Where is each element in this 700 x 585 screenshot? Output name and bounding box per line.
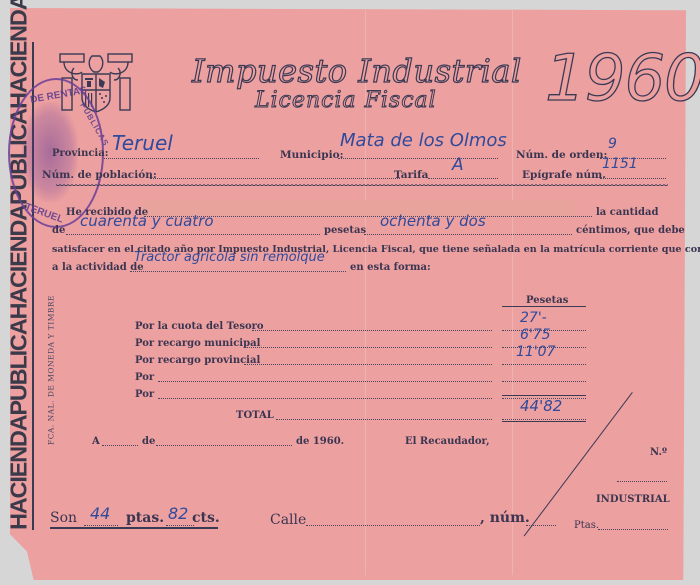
en-esta-forma-text: en esta forma: <box>350 262 431 273</box>
stub-ptas-field[interactable] <box>598 520 668 530</box>
calle-field[interactable] <box>306 516 480 526</box>
son-cts-value: 82 <box>168 504 188 523</box>
municipio-value: Mata de los Olmos <box>340 130 507 151</box>
tarifa-value: A <box>452 155 464 175</box>
de-label: de <box>52 225 65 236</box>
recaudador-label: El Recaudador, <box>405 436 490 447</box>
cuota-tesoro-label: Por la cuota del Tesoro <box>135 321 264 332</box>
total-underline <box>502 421 586 422</box>
leader-dots <box>252 321 492 331</box>
centimos-words-value: ochenta y dos <box>380 212 486 230</box>
other-label-2: Por <box>135 389 154 400</box>
poblacion-label: Núm. de población: <box>42 169 157 181</box>
form-year: 1960 <box>545 42 700 116</box>
stub-number-label: N.º <box>650 447 667 458</box>
son-underline <box>50 527 218 529</box>
pesetas-label: pesetas <box>324 225 366 236</box>
calle-label: Calle <box>270 512 306 528</box>
month-field[interactable] <box>156 436 292 446</box>
year-text: de 1960. <box>296 436 344 447</box>
epigrafe-label: Epígrafe núm. <box>522 169 606 181</box>
municipio-label: Municipio: <box>280 149 343 161</box>
other-concept-field-2[interactable] <box>158 389 492 399</box>
leader-dots <box>276 410 492 420</box>
total-rule <box>502 395 586 396</box>
printer-imprint-text: FCA. NAL. DE MONEDA Y TIMBRE <box>47 295 56 445</box>
centimos-text: céntimos, que debe <box>576 225 685 236</box>
epigrafe-value: 1151 <box>602 156 638 172</box>
de-label: de <box>142 436 155 447</box>
num-orden-value: 9 <box>608 136 617 152</box>
leader-dots <box>244 338 492 348</box>
pesetas-words-value: cuarenta y cuatro <box>80 212 214 230</box>
leader-dots <box>244 355 492 365</box>
calle-num-field[interactable] <box>526 516 556 526</box>
num-orden-label: Núm. de orden: <box>516 149 607 161</box>
form-title: Impuesto Industrial <box>192 52 522 90</box>
other-concept-field-1[interactable] <box>158 372 492 382</box>
la-cantidad-text: la cantidad <box>596 207 658 218</box>
ptas-label: ptas. <box>126 510 164 526</box>
printer-imprint: FCA. NAL. DE MONEDA Y TIMBRE <box>44 280 58 460</box>
total-value: 44'82 <box>520 397 562 415</box>
recargo-municipal-label: Por recargo municipal <box>135 338 260 349</box>
recargo-provincial-label: Por recargo provincial <box>135 355 260 366</box>
a-label: A <box>92 436 100 447</box>
stub-industrial-label: INDUSTRIAL <box>596 494 670 505</box>
other-label-1: Por <box>135 372 154 383</box>
header-underline <box>502 306 586 307</box>
other-amount-field-1[interactable] <box>502 372 586 382</box>
day-field[interactable] <box>102 436 138 446</box>
num-label: , núm. <box>480 510 530 526</box>
recargo-municipal-value: 6'75 <box>520 327 551 343</box>
recargo-provincial-value: 11'07 <box>516 344 555 360</box>
cuota-tesoro-value: 27'- <box>520 310 547 326</box>
provincia-label: Provincia: <box>52 148 108 159</box>
provincia-value: Teruel <box>112 131 173 155</box>
actividad-value: Tractor agrícola sin remolque <box>134 250 325 265</box>
stub-number-field[interactable] <box>617 472 667 482</box>
form-subtitle: Licencia Fiscal <box>255 88 437 113</box>
son-ptas-value: 44 <box>90 504 110 523</box>
tarifa-label: Tarifa <box>394 169 428 181</box>
poblacion-field[interactable] <box>150 169 400 179</box>
pesetas-column-header: Pesetas <box>526 295 568 306</box>
wavy-divider <box>56 183 668 188</box>
cts-label: cts. <box>192 510 220 526</box>
son-label: Son <box>50 510 77 526</box>
total-label: TOTAL <box>236 410 274 421</box>
stub-ptas-label: Ptas. <box>574 520 599 531</box>
fold-line <box>512 10 513 575</box>
